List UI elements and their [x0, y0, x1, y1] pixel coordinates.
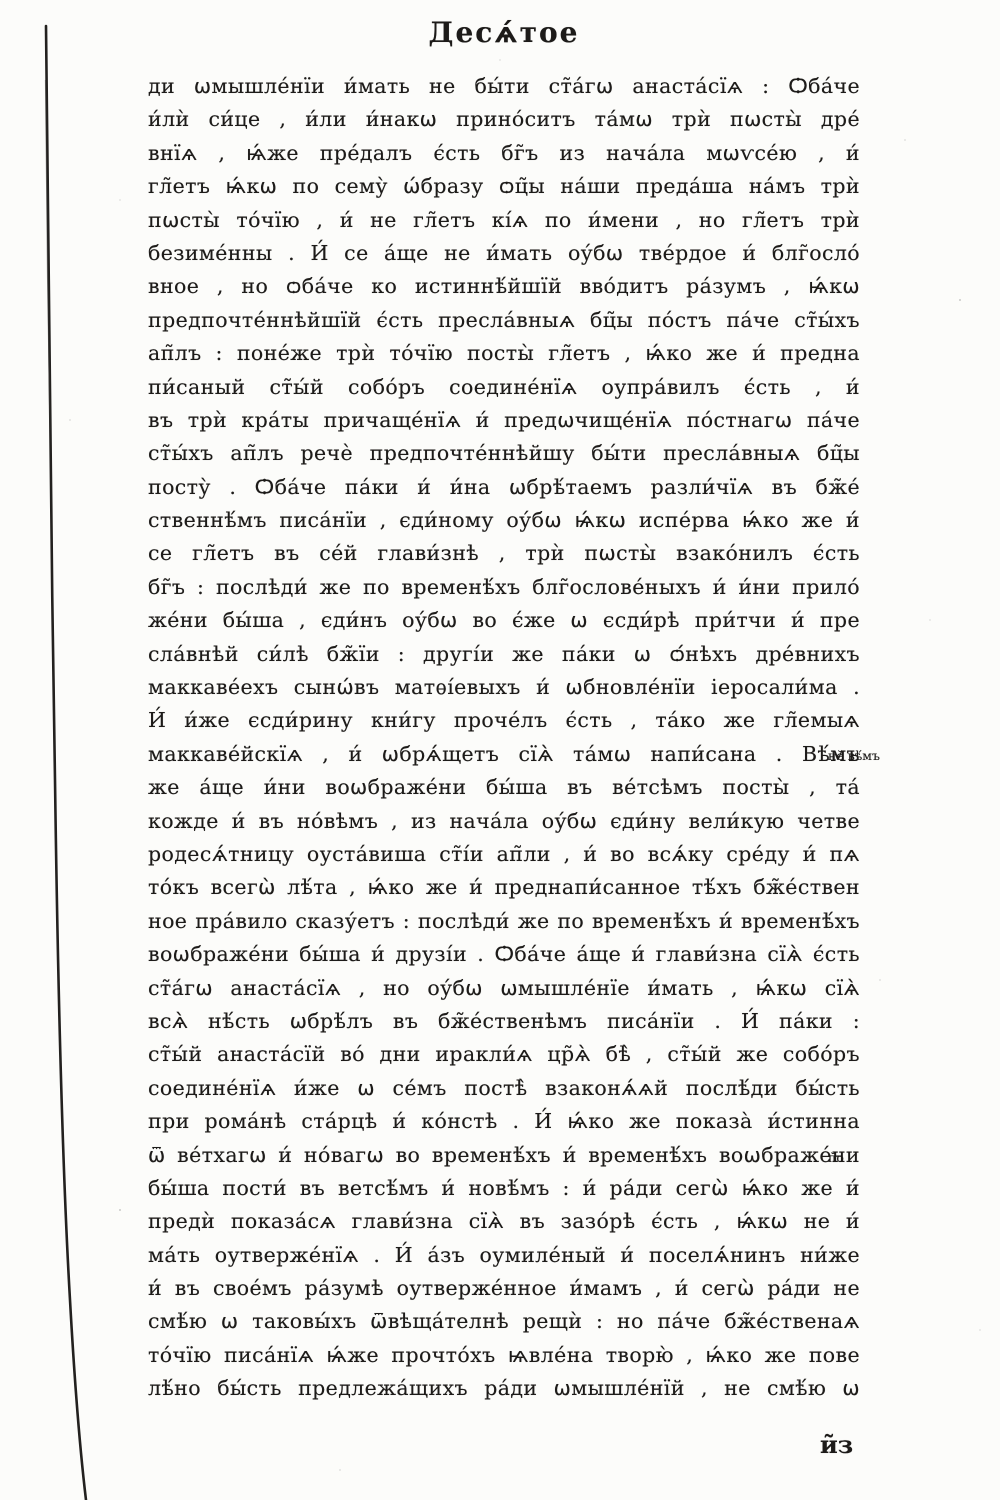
text-line: же а́ще и́ни воѡбраже́ни бы́ша въ ве́тсѣ… — [148, 771, 860, 804]
text-line: предѝ показа́сѧ глави́зна сїѧ̀ въ зазо́р… — [148, 1205, 860, 1238]
text-line: то́къ всегѡ̀ лѣ́та , ѩ́ко же и́ преднапи… — [148, 871, 860, 904]
quire-signature: и̃з — [820, 1430, 853, 1459]
margin-note: нӗ вѣ́мъ — [828, 748, 948, 763]
text-line: сла́внѣй си́лѣ бж̃їи : другі́и же па́ки … — [148, 638, 860, 671]
text-line: маккаве́йскїѧ , и́ ѡбрѧ́щетъ сїѧ̀ та́мѡ … — [148, 738, 860, 771]
text-line: пѡсты̀ то́чїю , и́ не гл̃етъ кі́ѧ по и́м… — [148, 204, 860, 237]
text-line: И́ и́же єсди́рину кни́гу проче́лъ є́сть … — [148, 704, 860, 737]
text-line: лѣ́но бы́сть предлежа́щихъ ра́ди ѡмышле́… — [148, 1372, 860, 1405]
text-line: вное , но ѻба́че ко истиннѣ́йшїй вво́дит… — [148, 270, 860, 303]
text-line: внїѧ , ѩ́же пре́далъ є́сть бг̃ъ из нача́… — [148, 137, 860, 170]
text-line: ап̃лъ : поне́же трѝ то́чїю посты̀ гл̃етъ… — [148, 337, 860, 370]
text-line: ди ѡмышле́нїи и́мать не бы́ти ст̃а́гѡ ан… — [148, 70, 860, 103]
text-line: кожде и́ въ но́вѣмъ , из нача́ла оу́бѡ є… — [148, 805, 860, 838]
text-line: всѧ̀ нѣ́сть ѡбрѣ́лъ въ бж̃е́ственѣмъ пис… — [148, 1005, 860, 1038]
text-line: бг̃ъ : послѣди́ же по временѣ́хъ блг̃осл… — [148, 571, 860, 604]
text-line: ѿ ве́тхагѡ и́ но́вагѡ во временѣ́хъ и́ в… — [148, 1139, 860, 1172]
page-edge-binding-line — [0, 0, 120, 1500]
text-line: предпочте́ннѣйшїй є́сть пресла́вныѧ бц̃ы… — [148, 304, 860, 337]
text-line: ст̃а́гѡ анаста́сїѧ , но оу́бѡ ѡмышле́нїе… — [148, 972, 860, 1005]
text-line: соедине́нїѧ и́же ѡ се́мъ постѣ̀ взаконѧ́… — [148, 1072, 860, 1105]
text-line: се гл̃етъ въ се́й глави́знѣ , трѝ пѡсты̀… — [148, 537, 860, 570]
text-line: ст̃ы́й анаста́сїй во́ дни иракли́ѧ цр̃ѧ̀… — [148, 1038, 860, 1071]
text-line: пи́саный ст̃ы́й собо́ръ соедине́нїѧ оупр… — [148, 371, 860, 404]
text-line: родесѧ́тницу оуста́виша ст̃і́и ап̃ли , и… — [148, 838, 860, 871]
main-text-block: ди ѡмышле́нїи и́мать не бы́ти ст̃а́гѡ ан… — [148, 70, 860, 1406]
text-line: бы́ша пости́ въ ветсѣ́мъ и́ новѣ́мъ : и́… — [148, 1172, 860, 1205]
text-line: ное пра́вило сказу́етъ : послѣди́ же по … — [148, 905, 860, 938]
text-line: посту̀ . Ѻба́че па́ки и́ и́на ѡбрѣ́таемъ… — [148, 471, 860, 504]
text-line: ст̃ы́хъ ап̃лъ речѐ предпочте́ннѣйшу бы́т… — [148, 437, 860, 470]
text-line: смѣ́ю ѡ таковы́хъ ѿвѣща́телнѣ рещѝ : но … — [148, 1305, 860, 1338]
chapter-heading: Десѧ́тое — [148, 16, 860, 49]
text-line: воѡбраже́ни бы́ша и́ друзі́и . Ѻба́че а́… — [148, 938, 860, 971]
text-line: и́ въ свое́мъ ра́зумѣ оутверже́нное и́ма… — [148, 1272, 860, 1305]
text-line: и́лѝ си́це , и́ли и́накѡ прино́ситъ та́м… — [148, 103, 860, 136]
text-line: ма́ть оутверже́нїѧ . И́ а́зъ оумиле́ный … — [148, 1239, 860, 1272]
text-line: же́ни бы́ша , єди́нъ оу́бѡ во є́же ѡ єсд… — [148, 604, 860, 637]
text-line: гл̃етъ ѩ́кѡ по сему̀ ѡ́бразу ѻц̃ы на́ши … — [148, 170, 860, 203]
margin-note: п̆о — [828, 1150, 948, 1165]
text-line: безиме́нны . И́ се а́ще не и́мать оу́бѡ … — [148, 237, 860, 270]
text-line: въ трѝ кра́ты причаще́нїѧ и́ предѡчище́н… — [148, 404, 860, 437]
text-line: маккаве́ехъ сынѡ́въ матѳі́евыхъ и́ ѡбнов… — [148, 671, 860, 704]
text-line: при рома́нѣ ста́рцѣ и́ ко́нстѣ . И́ ѩ́ко… — [148, 1105, 860, 1138]
text-line: ственнѣ́мъ писа́нїи , єди́ному оу́бѡ ѩ́к… — [148, 504, 860, 537]
text-line: то́чїю писа́нїѧ ѩ́же прочто́хъ ѩвле́на т… — [148, 1339, 860, 1372]
